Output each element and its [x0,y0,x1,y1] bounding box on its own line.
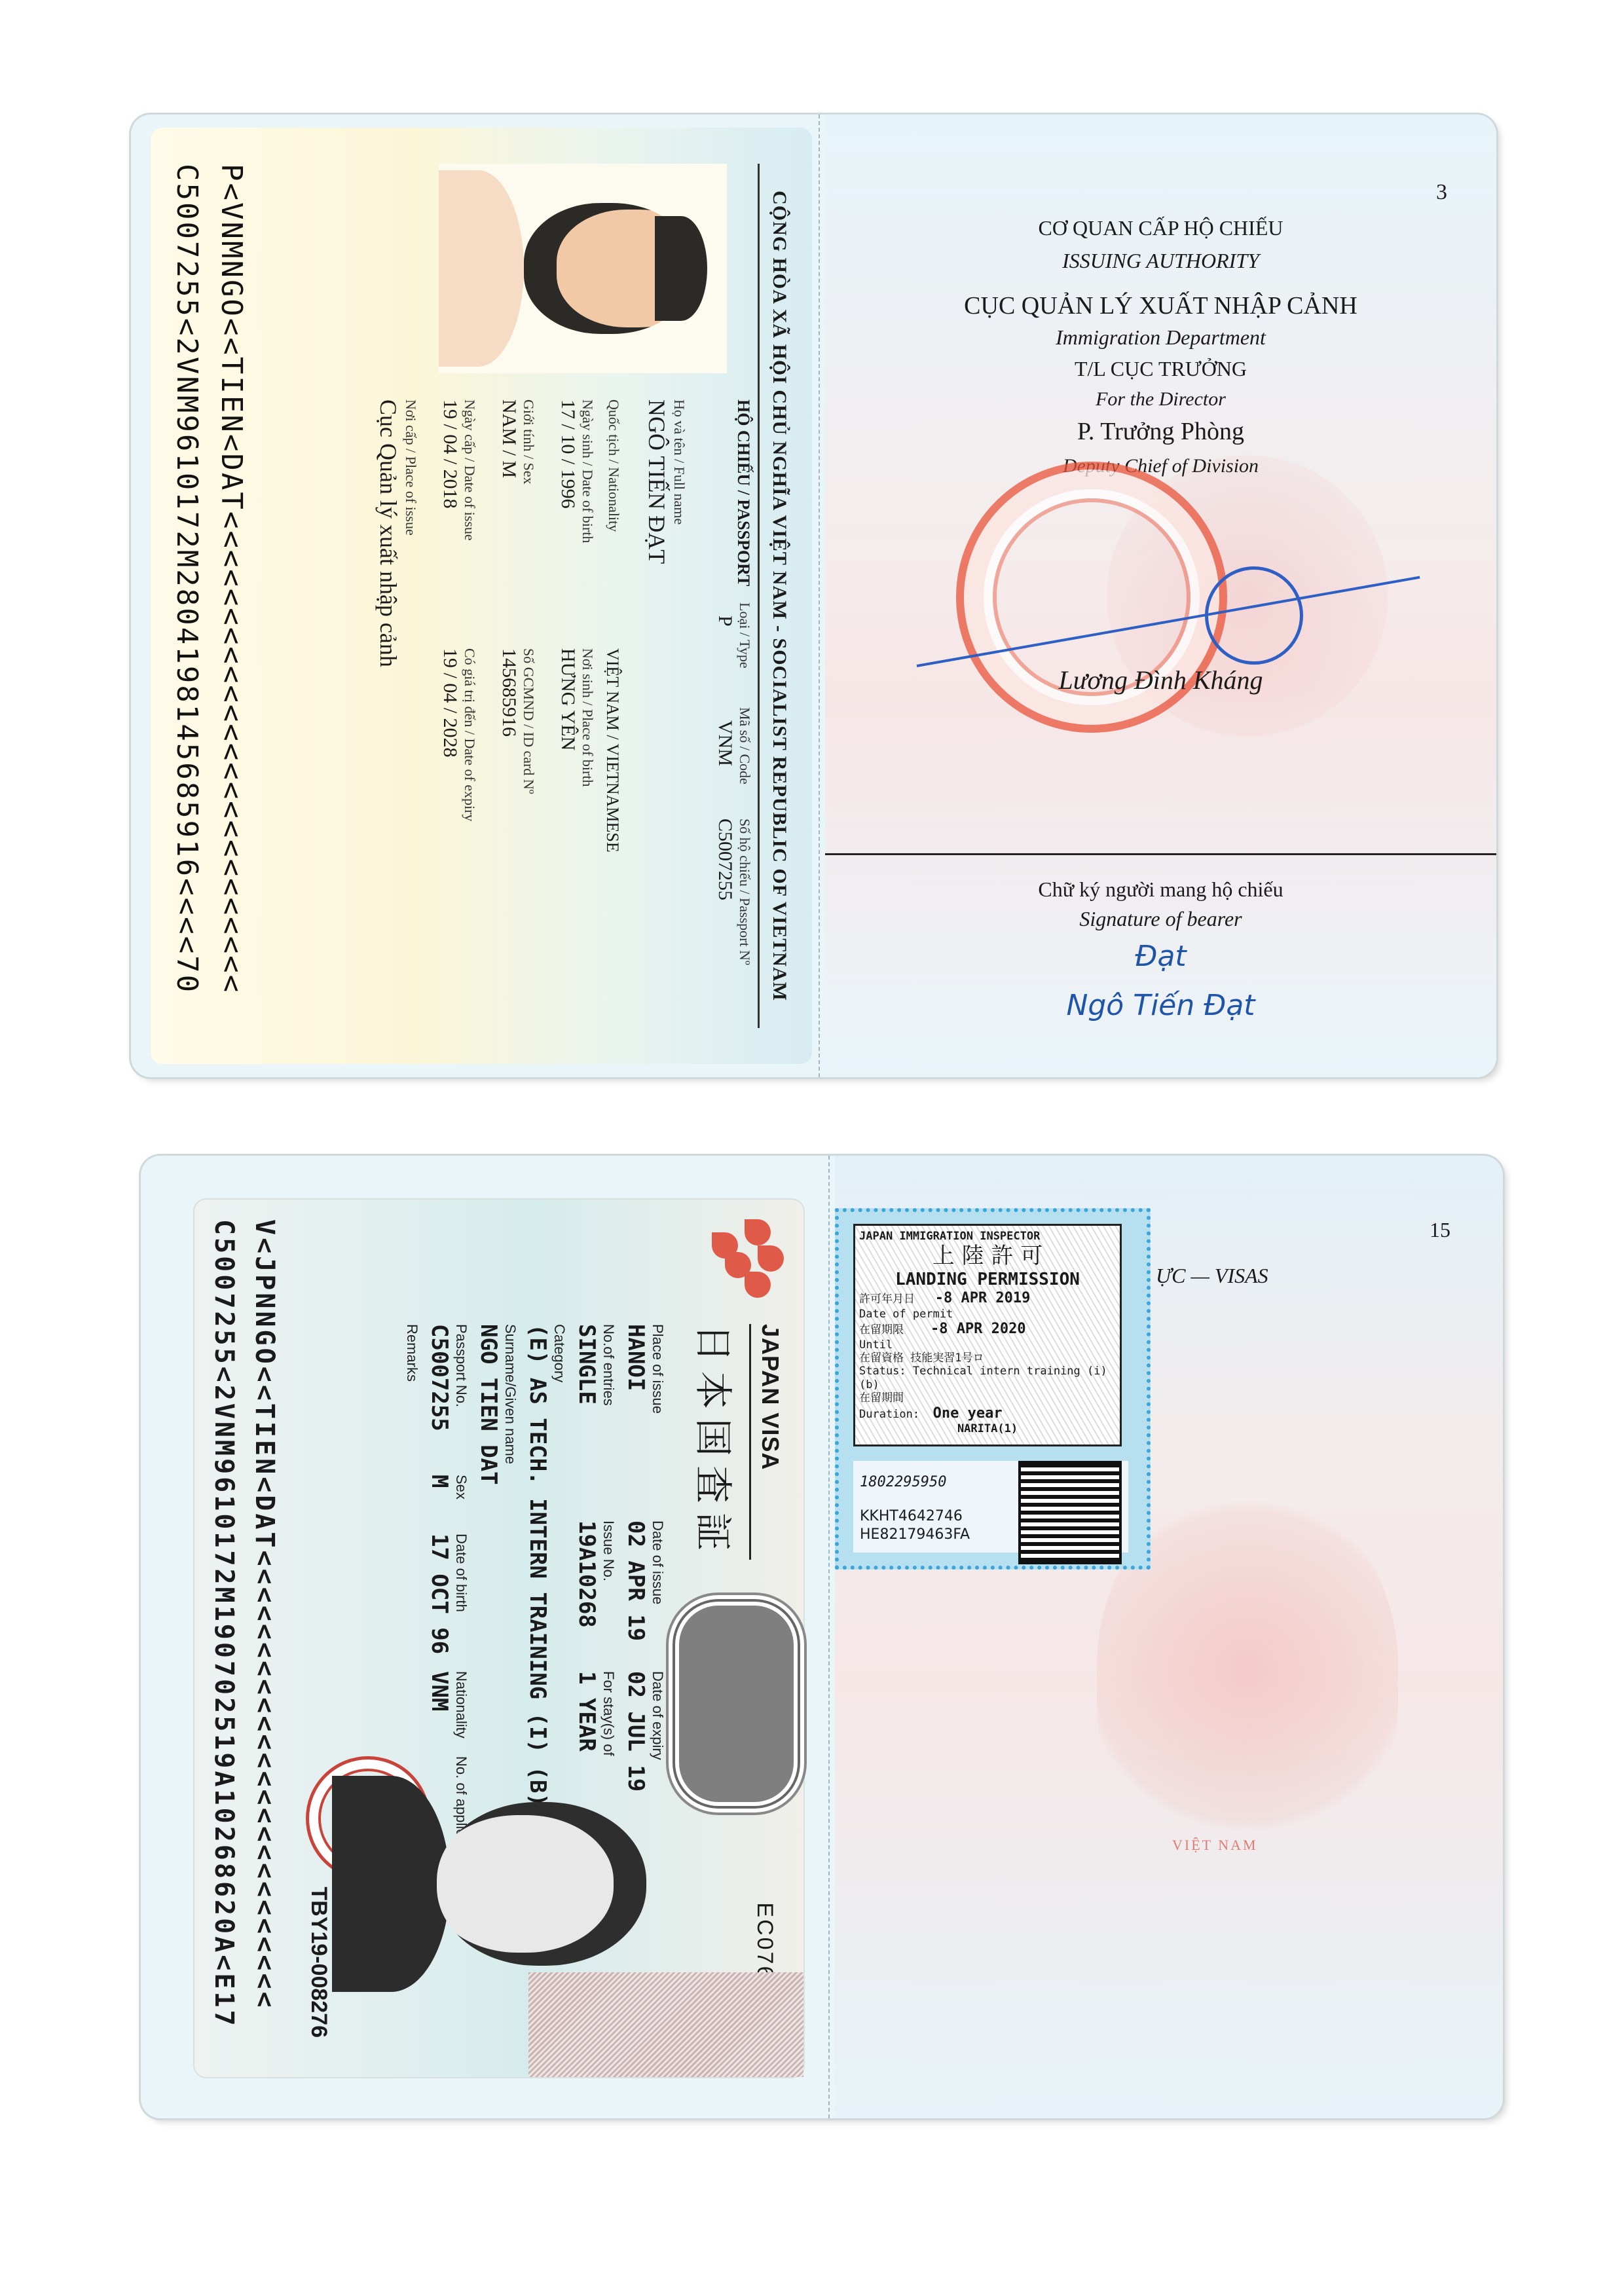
until-date-row: 在留期限 -8 APR 2020 [859,1321,1116,1338]
visas-page: VIỆT NAM 15 ỰC — VISAS JAPAN IMMIGRATION… [835,1156,1503,2118]
visa-mrz-line-1: V<JPNNGO<<TIEN<DAT<<<<<<<<<<<<<<<<<<<<<<… [249,1219,280,2057]
country-header: CỘNG HÒA XÃ HỘI CHỦ NGHĨA VIỆT NAM - SOC… [758,164,799,1028]
landing-code-2: HE82179463FA [860,1526,970,1543]
bearer-label-vn: Chữ ký người mang hộ chiếu [825,877,1496,902]
visa-page: JAPAN VISA 日本国査証 EC0767858 Place of issu… [141,1156,828,2118]
nationality: Nationality VNM [426,1671,470,1739]
full-name-field: Họ và tên / Full name NGÔ TIẾN ĐẠT [643,399,688,564]
department-en: Immigration Department [825,325,1496,350]
type-field: Loại / Type P [714,602,753,669]
nationality-value: VIỆT NAM / VIETNAMESE [602,648,622,853]
emblem-label: VIỆT NAM [1172,1837,1258,1854]
remarks: Remarks [403,1324,420,1382]
photo-shoulders [439,170,524,367]
landing-permission-details: JAPAN IMMIGRATION INSPECTOR 上 陸 許 可 LAND… [853,1224,1122,1446]
for-director-vn: T/L CỤC TRƯỞNG [825,357,1496,381]
bearer-signature-full: Ngô Tiến Đạt [825,989,1496,1022]
pob-field: Nơi sinh / Place of birth HƯNG YÊN [557,648,596,786]
sex: Sex M [426,1475,470,1500]
issuing-en: ISSUING AUTHORITY [825,249,1496,273]
landing-title-en: LANDING PERMISSION [859,1270,1116,1290]
landing-number: 1802295950 [860,1474,946,1490]
code-field: Mã số / Code VNM [714,707,753,784]
length-of-stay: For stay(s) of 1 YEAR [574,1671,617,1756]
visa-content: JAPAN VISA 日本国査証 EC0767858 Place of issu… [194,1200,803,2077]
duration-row: Duration: One year [859,1405,1116,1422]
nationality-field: Quốc tịch / Nationality [605,399,622,532]
data-page-content: CỘNG HÒA XÃ HỘI CHỦ NGHĨA VIỆT NAM - SOC… [157,138,805,1054]
visa-title-en: JAPAN VISA [756,1324,784,1470]
bearer-label-en: Signature of bearer [825,907,1496,931]
holder-name: Surname/Given name NGO TIEN DAT [475,1324,519,1485]
permit-date-row: 許可年月日 -8 APR 2019 [859,1290,1116,1307]
title-vn: P. Trưởng Phòng [825,417,1496,446]
visas-header: ỰC — VISAS [1156,1264,1268,1288]
bearer-signature-short: Đạt [825,940,1496,973]
number-of-entries: No.of entries SINGLE [574,1324,617,1406]
date-of-issue: Date of issue 02 APR 19 [623,1520,666,1641]
visa-category: Category (E) AS TECH. INTERN TRAINING (I… [525,1324,568,1807]
for-director-en: For the Director [825,388,1496,411]
department-vn: CỤC QUẢN LÝ XUẤT NHẬP CẢNH [825,291,1496,320]
holder-photo [439,164,727,373]
passport-data-page: CỘNG HÒA XÃ HỘI CHỦ NGHĨA VIỆT NAM - SOC… [131,115,819,1077]
cherry-blossom-icon [699,1213,790,1304]
doc-title: HỘ CHIẾU / PASSPORT [733,399,753,586]
data-page-laminate: CỘNG HÒA XÃ HỘI CHỦ NGHĨA VIỆT NAM - SOC… [151,128,812,1064]
date-of-expiry: Date of expiry 02 JUL 19 [623,1671,666,1792]
place-of-issue-field: Nơi cấp / Place of issue Cục Quản lý xuấ… [375,399,419,667]
passport-number: Passport No. C5007255 [426,1324,470,1431]
place-of-issue: Place of issue HANOI [623,1324,666,1414]
visa-title-jp: 日本国査証 [689,1324,751,1560]
issuing-vn: CƠ QUAN CẤP HỘ CHIẾU [825,216,1496,240]
sex-field: Giới tính / Sex NAM / M [498,399,537,485]
divider [825,853,1496,855]
qr-code-icon [1018,1461,1122,1564]
port-of-entry: NARITA(1) [859,1422,1116,1435]
page-number: 3 [1436,180,1447,205]
landing-title-jp: 上 陸 許 可 [859,1243,1116,1270]
japan-visa-sticker: JAPAN VISA 日本国査証 EC0767858 Place of issu… [193,1198,805,2078]
visa-mrz-line-2: C5007255<2VNM9610172M190702519A10268620A… [209,1219,239,2057]
photo-face [524,203,694,334]
hologram-seal-icon [679,1606,794,1802]
date-of-birth: Date of birth 17 OCT 96 [426,1534,470,1654]
id-card-field: Số GCMND / ID card Nº 145685916 [498,648,537,794]
landing-code-1: KKHT4642746 [860,1508,963,1524]
mrz-line-1: P<VNMNGO<<TIEN<DAT<<<<<<<<<<<<<<<<<<<<<<… [215,164,248,1028]
visa-reference: TBY19-008276 [306,1886,331,2038]
title-en: Deputy Chief of Division [825,455,1496,477]
inspector-label: JAPAN IMMIGRATION INSPECTOR [859,1230,1116,1243]
issuing-authority-page: 3 CƠ QUAN CẤP HỘ CHIẾU ISSUING AUTHORITY… [825,115,1496,1077]
passport-spread-visa: JAPAN VISA 日本国査証 EC0767858 Place of issu… [141,1156,1503,2118]
official-signature-icon [1205,566,1303,665]
issue-number: Issue No. 19A10268 [574,1520,617,1628]
status-row: 在留資格 技能実習1号ロ [859,1352,1116,1365]
expiry-date-field: Có giá trị đến / Date of expiry 19 / 04 … [439,648,478,822]
issue-date-field: Ngày cấp / Date of issue 19 / 04 / 2018 [439,399,478,541]
landing-permission-stamp: JAPAN IMMIGRATION INSPECTOR 上 陸 許 可 LAND… [835,1208,1151,1570]
dob-field: Ngày sinh / Date of birth 17 / 10 / 1996 [557,399,596,543]
japan-visa-banner [528,1972,803,2077]
landing-codes: 1802295950 KKHT4642746 HE82179463FA [853,1461,1128,1553]
passport-spread-data: CỘNG HÒA XÃ HỘI CHỦ NGHĨA VIỆT NAM - SOC… [131,115,1496,1077]
page-number: 15 [1430,1218,1450,1242]
signatory-name: Lương Đình Kháng [825,665,1496,695]
passport-number-field: Số hộ chiếu / Passport Nº C5007255 [714,819,753,965]
mrz-line-2: C5007255<2VNM9610172M2804198145685916<<<… [170,164,204,1028]
